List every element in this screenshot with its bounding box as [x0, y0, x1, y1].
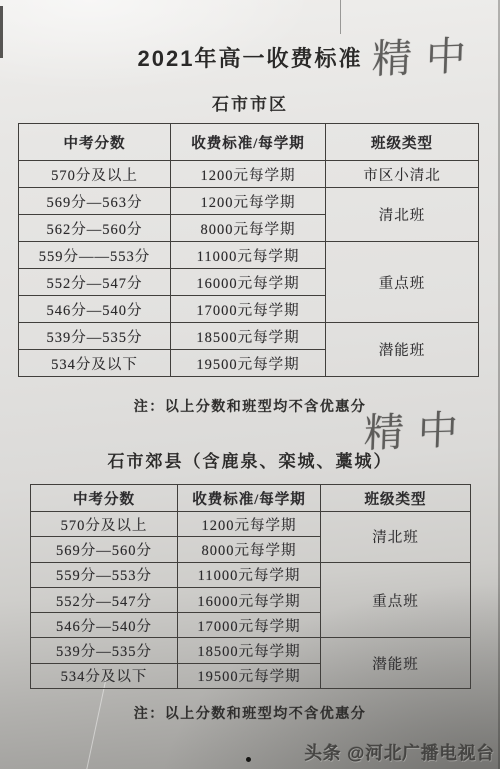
- class-type-cell: 潜能班: [321, 638, 471, 689]
- score-cell: 539分—535分: [19, 323, 171, 350]
- header-fee: 收费标准/每学期: [178, 485, 321, 512]
- score-cell: 534分及以下: [19, 350, 171, 377]
- fee-cell: 1200元每学期: [171, 161, 326, 188]
- score-cell: 570分及以上: [31, 512, 178, 537]
- score-cell: 552分—547分: [19, 269, 171, 296]
- fee-cell: 11000元每学期: [171, 242, 326, 269]
- fee-cell: 19500元每学期: [178, 663, 321, 688]
- class-type-cell: 重点班: [326, 242, 479, 323]
- fee-cell: 11000元每学期: [178, 562, 321, 587]
- fee-table-city: 中考分数 收费标准/每学期 班级类型 570分及以上 1200元每学期 市区小清…: [18, 123, 479, 377]
- class-type-cell: 重点班: [321, 562, 471, 638]
- fee-table-suburb: 中考分数 收费标准/每学期 班级类型 570分及以上 1200元每学期 清北班 …: [30, 484, 471, 689]
- fee-cell: 8000元每学期: [171, 215, 326, 242]
- class-type-cell: 清北班: [326, 188, 479, 242]
- fee-cell: 1200元每学期: [171, 188, 326, 215]
- fee-cell: 17000元每学期: [171, 296, 326, 323]
- header-fee: 收费标准/每学期: [171, 124, 326, 161]
- table-header-row: 中考分数 收费标准/每学期 班级类型: [19, 124, 479, 161]
- note-city: 注：以上分数和班型均不含优惠分: [0, 396, 500, 416]
- table-row: 570分及以上 1200元每学期 清北班: [31, 512, 471, 537]
- table-row: 569分—563分 1200元每学期 清北班: [19, 188, 479, 215]
- score-cell: 546分—540分: [19, 296, 171, 323]
- score-cell: 569分—563分: [19, 188, 171, 215]
- header-class-type: 班级类型: [321, 485, 471, 512]
- class-type-cell: 市区小清北: [326, 161, 479, 188]
- header-class-type: 班级类型: [326, 124, 479, 161]
- score-cell: 539分—535分: [31, 638, 178, 663]
- score-cell: 569分—560分: [31, 537, 178, 562]
- score-cell: 570分及以上: [19, 161, 171, 188]
- broadcaster-watermark: 头条 @河北广播电视台: [305, 740, 495, 765]
- class-type-cell: 清北班: [321, 512, 471, 563]
- table-row: 570分及以上 1200元每学期 市区小清北: [19, 161, 479, 188]
- header-score: 中考分数: [19, 124, 171, 161]
- table-row: 539分—535分 18500元每学期 潜能班: [19, 323, 479, 350]
- fee-cell: 18500元每学期: [171, 323, 326, 350]
- score-cell: 534分及以下: [31, 663, 178, 688]
- score-cell: 546分—540分: [31, 613, 178, 638]
- photo-page-edge: [340, 0, 341, 34]
- fee-cell: 16000元每学期: [178, 587, 321, 612]
- handwritten-stamp-top: 精中: [371, 24, 481, 85]
- score-cell: 559分——553分: [19, 242, 171, 269]
- class-type-cell: 潜能班: [326, 323, 479, 377]
- fee-cell: 8000元每学期: [178, 537, 321, 562]
- fee-cell: 16000元每学期: [171, 269, 326, 296]
- score-cell: 552分—547分: [31, 587, 178, 612]
- table-row: 559分——553分 11000元每学期 重点班: [19, 242, 479, 269]
- fee-cell: 18500元每学期: [178, 638, 321, 663]
- fee-cell: 1200元每学期: [178, 512, 321, 537]
- section-heading-city: 石市市区: [0, 90, 500, 115]
- header-score: 中考分数: [31, 485, 178, 512]
- table-row: 559分—553分 11000元每学期 重点班: [31, 562, 471, 587]
- ink-dot: [246, 757, 251, 762]
- table-header-row: 中考分数 收费标准/每学期 班级类型: [31, 485, 471, 512]
- table-row: 539分—535分 18500元每学期 潜能班: [31, 638, 471, 663]
- document-photo: { "document": { "title": "2021年高一收费标准", …: [0, 0, 500, 769]
- score-cell: 562分—560分: [19, 215, 171, 242]
- section-heading-suburb: 石市郊县（含鹿泉、栾城、藁城）: [0, 447, 500, 472]
- score-cell: 559分—553分: [31, 562, 178, 587]
- fee-cell: 17000元每学期: [178, 613, 321, 638]
- fee-cell: 19500元每学期: [171, 350, 326, 377]
- note-suburb: 注：以上分数和班型均不含优惠分: [0, 703, 500, 723]
